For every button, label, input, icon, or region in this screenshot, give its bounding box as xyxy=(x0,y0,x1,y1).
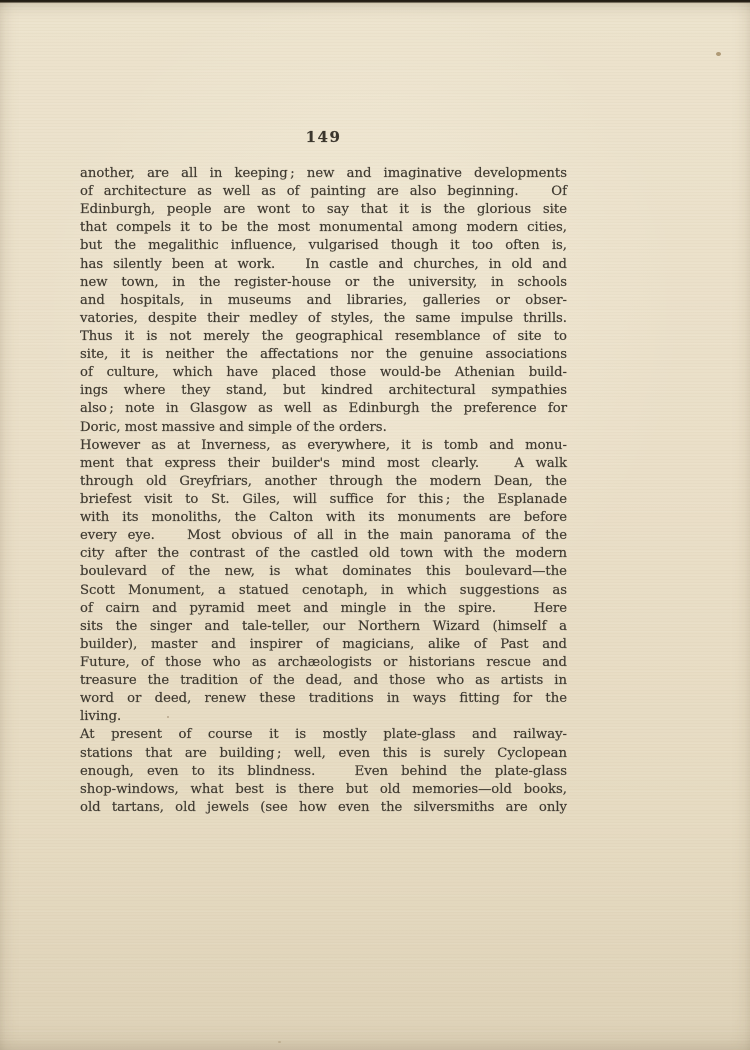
text-line: also ; note in Glasgow as well as Edinbu… xyxy=(80,400,567,418)
text-line: of architecture as well as of painting a… xyxy=(80,183,567,201)
page-number: 149 xyxy=(80,128,567,146)
text-line: with its monoliths, the Calton with its … xyxy=(80,509,567,527)
book-page: 149 another, are all in keeping ; new an… xyxy=(0,0,750,1050)
text-line: Future, of those who as archæologists or… xyxy=(80,654,567,672)
paper-speck xyxy=(167,716,169,718)
text-line: sits the singer and tale-teller, our Nor… xyxy=(80,618,567,636)
text-line: ment that express their builder's mind m… xyxy=(80,455,567,473)
text-line: of culture, which have placed those woul… xyxy=(80,364,567,382)
page-top-edge-shadow xyxy=(0,0,750,3)
text-line: builder), master and inspirer of magicia… xyxy=(80,636,567,654)
text-line: that compels it to be the most monumenta… xyxy=(80,219,567,237)
text-line: enough, even to its blindness. Even behi… xyxy=(80,763,567,781)
text-line: word or deed, renew these traditions in … xyxy=(80,690,567,708)
text-line: Thus it is not merely the geographical r… xyxy=(80,328,567,346)
text-line: and hospitals, in museums and libraries,… xyxy=(80,292,567,310)
paper-speck xyxy=(278,1041,281,1043)
text-line: vatories, despite their medley of styles… xyxy=(80,310,567,328)
text-line: site, it is neither the affectations nor… xyxy=(80,346,567,364)
text-line: treasure the tradition of the dead, and … xyxy=(80,672,567,690)
text-line: old tartans, old jewels (see how even th… xyxy=(80,799,567,817)
text-line: every eye. Most obvious of all in the ma… xyxy=(80,527,567,545)
text-line: but the megalithic influence, vulgarised… xyxy=(80,237,567,255)
text-line: living. xyxy=(80,708,567,726)
text-line: another, are all in keeping ; new and im… xyxy=(80,165,567,183)
text-line: city after the contrast of the castled o… xyxy=(80,545,567,563)
text-line: Scott Monument, a statued cenotaph, in w… xyxy=(80,582,567,600)
text-line: At present of course it is mostly plate-… xyxy=(80,726,567,744)
text-line: ings where they stand, but kindred archi… xyxy=(80,382,567,400)
text-line: new town, in the register-house or the u… xyxy=(80,274,567,292)
text-line: boulevard of the new, is what dominates … xyxy=(80,563,567,581)
text-line: shop-windows, what best is there but old… xyxy=(80,781,567,799)
text-line: Edinburgh, people are wont to say that i… xyxy=(80,201,567,219)
page-text: another, are all in keeping ; new and im… xyxy=(80,165,567,817)
text-line: briefest visit to St. Giles, will suffic… xyxy=(80,491,567,509)
text-line: of cairn and pyramid meet and mingle in … xyxy=(80,600,567,618)
text-line: through old Greyfriars, another through … xyxy=(80,473,567,491)
text-line: stations that are building ; well, even … xyxy=(80,745,567,763)
paper-speck xyxy=(552,208,555,211)
paper-speck xyxy=(716,52,721,56)
text-line: has silently been at work. In castle and… xyxy=(80,256,567,274)
text-line: Doric, most massive and simple of the or… xyxy=(80,419,567,437)
text-line: However as at Inverness, as everywhere, … xyxy=(80,437,567,455)
